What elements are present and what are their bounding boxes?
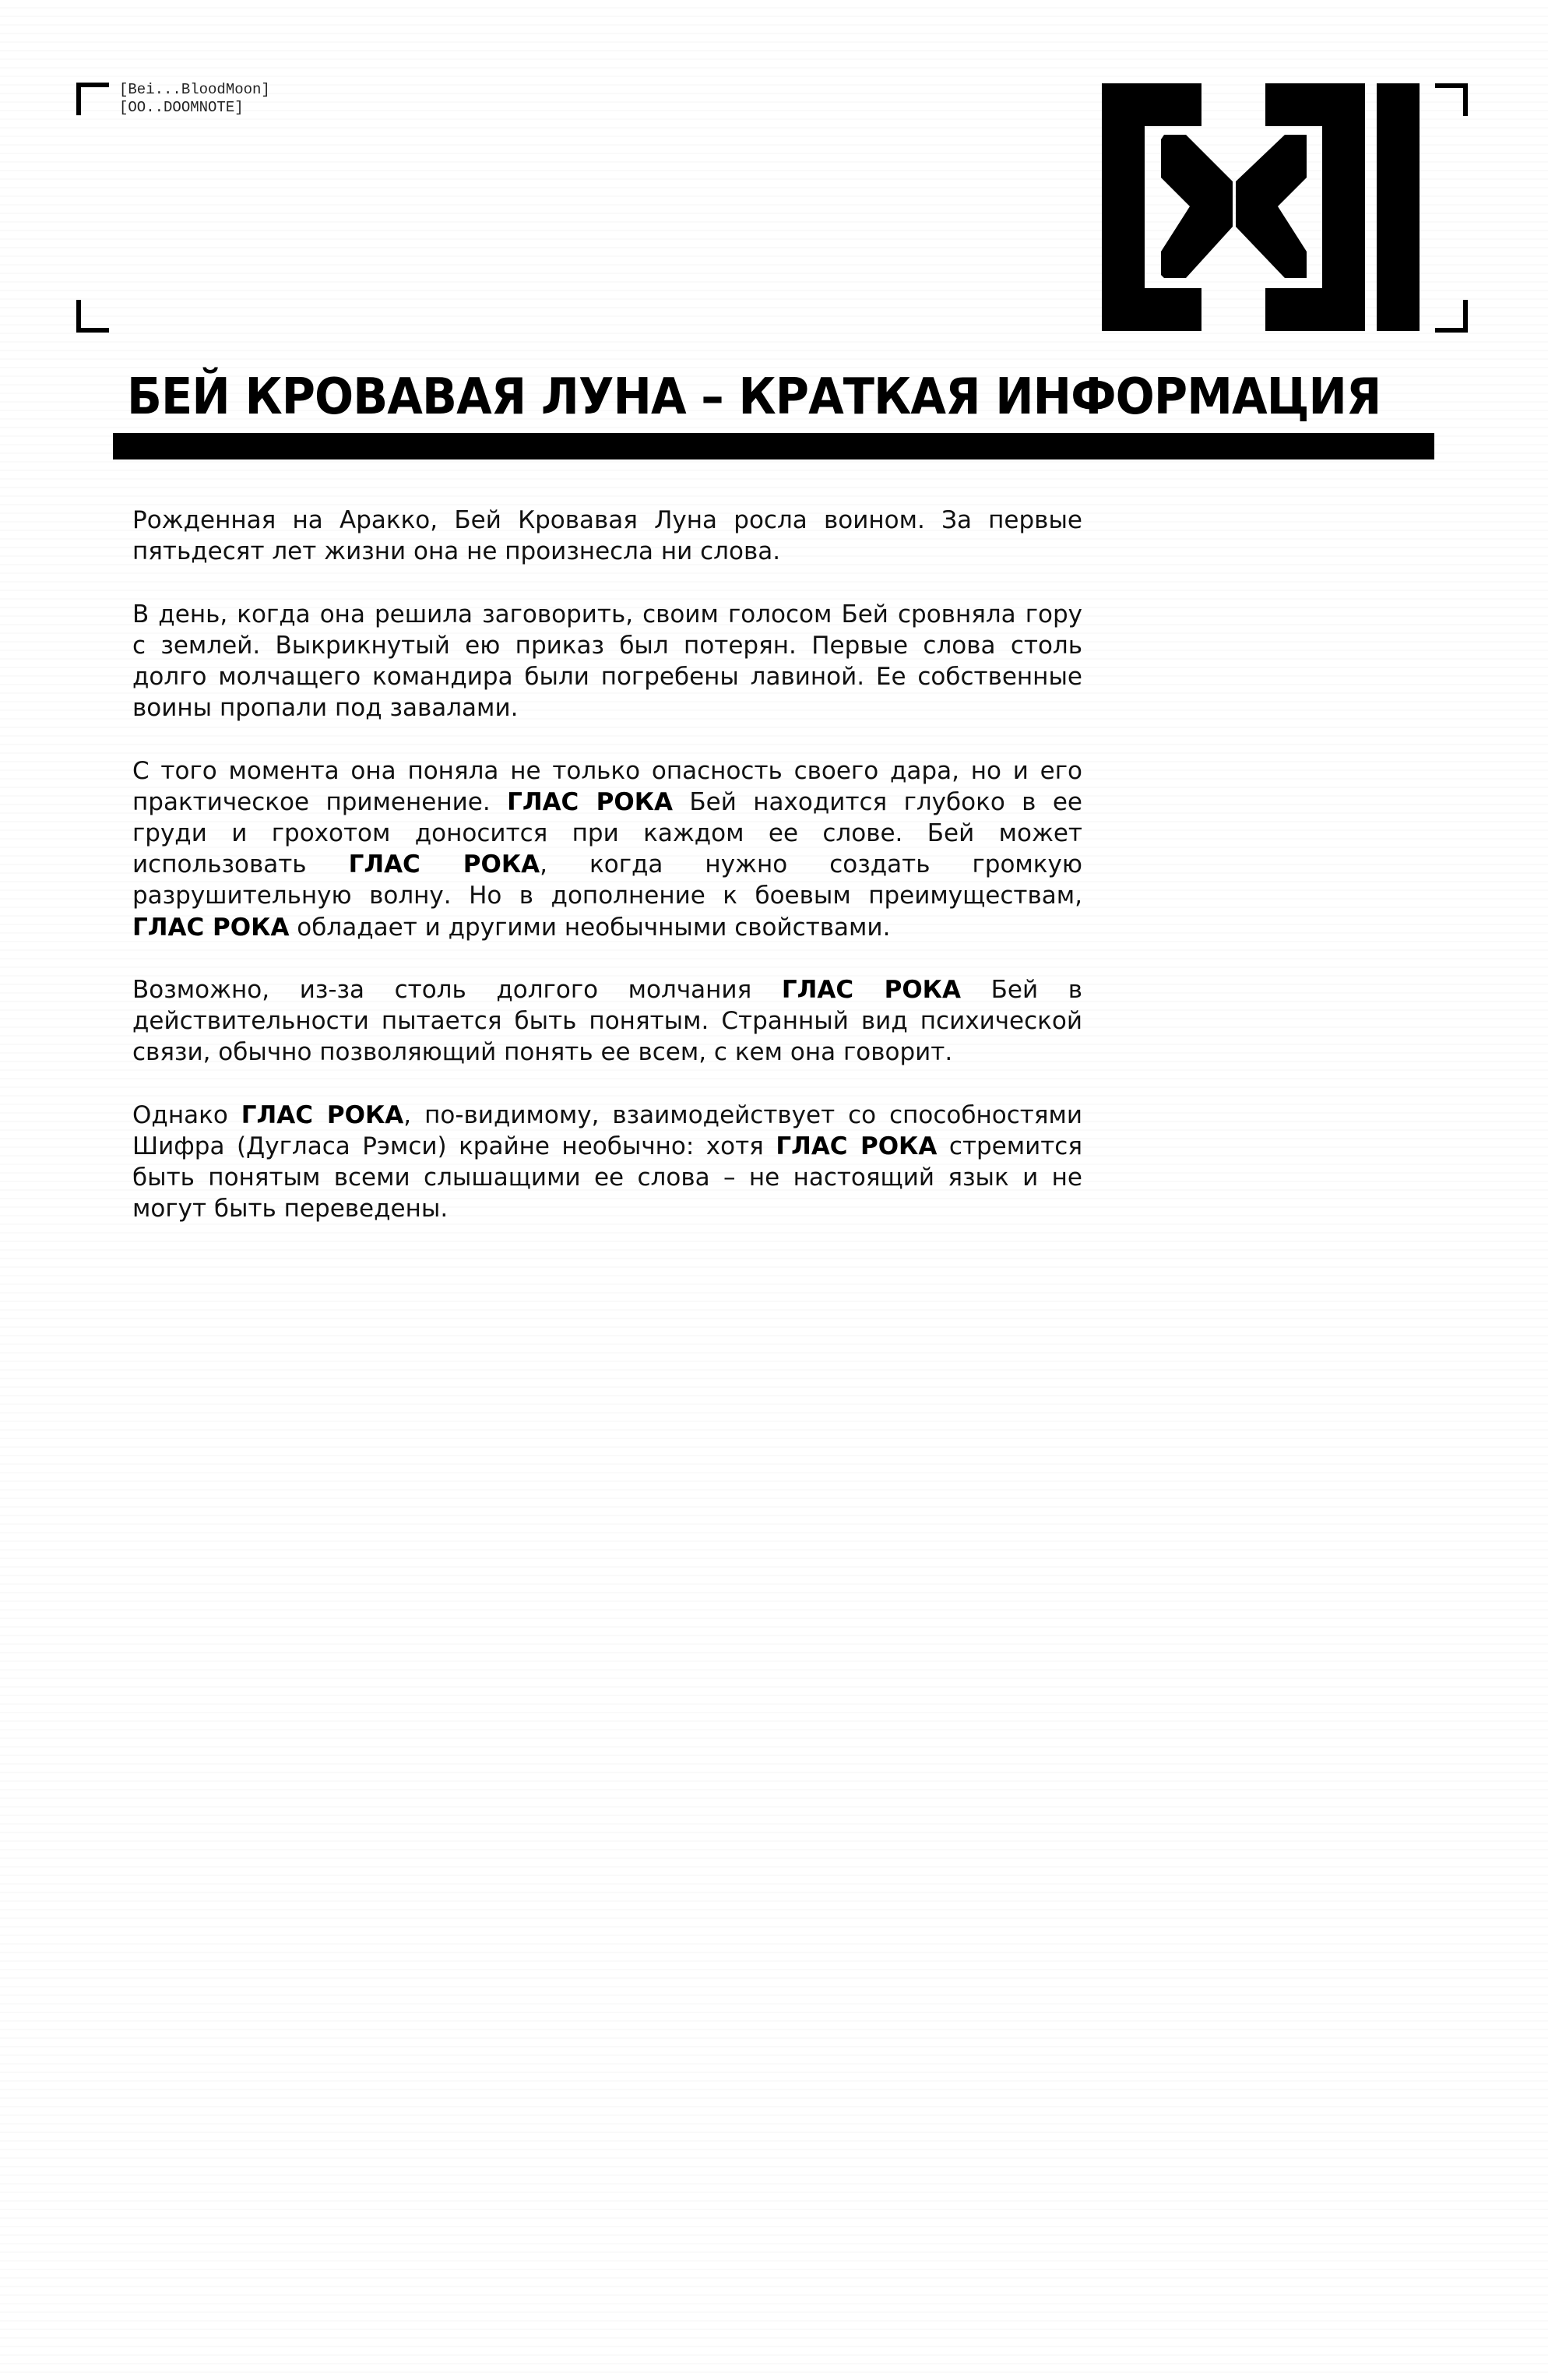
corner-bracket-top-left: [76, 83, 109, 115]
article-body: Рожденная на Аракко, Бей Кровавая Луна р…: [132, 505, 1082, 1256]
paragraph-text: Однако: [132, 1101, 241, 1129]
paragraph-text: В день, когда она решила заговорить, сво…: [132, 600, 1082, 723]
corner-bracket-bottom-right: [1435, 300, 1468, 333]
term-highlight: ГЛАС РОКА: [349, 850, 540, 878]
term-highlight: ГЛАС РОКА: [132, 914, 289, 942]
page-title: БЕЙ КРОВАВАЯ ЛУНА – КРАТКАЯ ИНФОРМАЦИЯ: [127, 366, 1282, 428]
bracketed-x-logo-icon: [1102, 83, 1420, 331]
term-highlight: ГЛАС РОКА: [782, 976, 961, 1004]
file-code-label: [Bei...BloodMoon] [OO..DOOMNOTE]: [119, 81, 270, 117]
code-line-name: [Bei...BloodMoon]: [119, 81, 270, 99]
paragraph: Возможно, из-за столь долгого молчания Г…: [132, 974, 1082, 1069]
paragraph: В день, когда она решила заговорить, сво…: [132, 599, 1082, 724]
paragraph: Рожденная на Аракко, Бей Кровавая Луна р…: [132, 505, 1082, 567]
paragraph-text: Возможно, из-за столь долгого молчания: [132, 976, 782, 1004]
paragraph-text: обладает и другими необычными свойствами…: [289, 914, 890, 942]
term-highlight: ГЛАС РОКА: [776, 1132, 937, 1160]
code-line-doc: [OO..DOOMNOTE]: [119, 99, 270, 117]
paragraph: Однако ГЛАС РОКА, по-видимому, взаимодей…: [132, 1100, 1082, 1225]
term-highlight: ГЛАС РОКА: [507, 788, 673, 816]
paragraph-text: Рожденная на Аракко, Бей Кровавая Луна р…: [132, 506, 1082, 565]
corner-bracket-bottom-left: [76, 300, 109, 333]
paragraph: С того момента она поняла не только опас…: [132, 755, 1082, 943]
corner-bracket-top-right: [1435, 83, 1468, 116]
term-highlight: ГЛАС РОКА: [241, 1101, 404, 1129]
title-underline-bar: [113, 433, 1434, 459]
